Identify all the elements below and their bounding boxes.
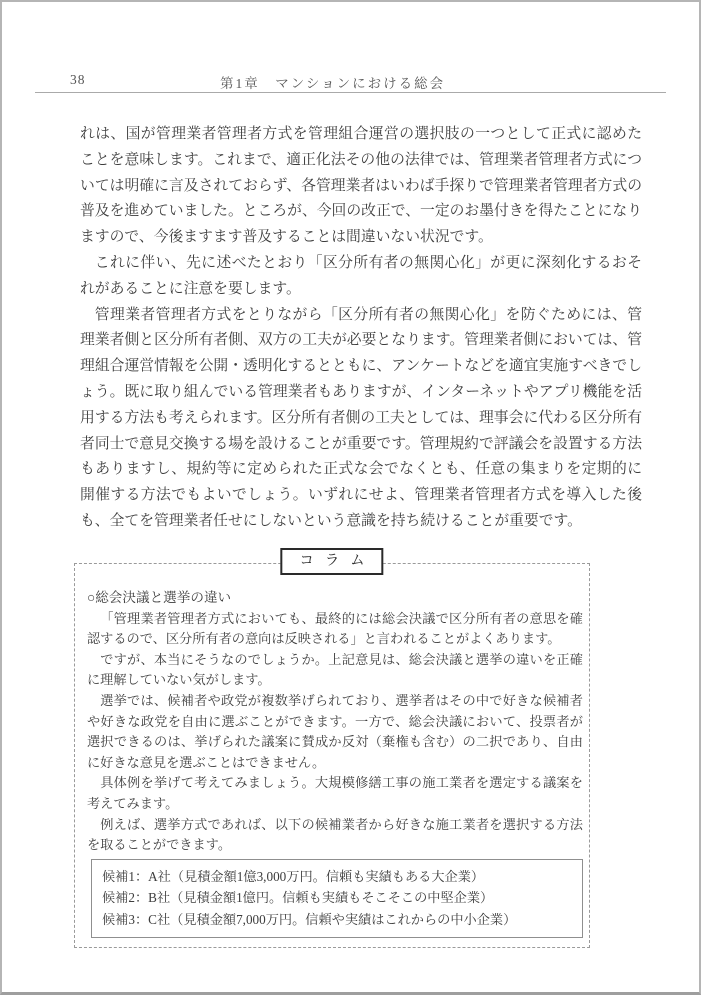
- body-paragraph: 管理業者管理者方式をとりながら「区分所有者の無関心化」を防ぐためには、管理業者側…: [80, 303, 642, 535]
- header-rule: [35, 92, 666, 93]
- column-paragraph: 例えば、選挙方式であれば、以下の候補業者から好きな施工業者を選択する方法を取るこ…: [87, 815, 583, 856]
- candidate-item: 候補2：B社（見積金額1億円。信頼も実績もそこそこの中堅企業）: [102, 887, 572, 909]
- body-text: れは、国が管理業者管理者方式を管理組合運営の選択肢の一つとして正式に認めたことを…: [80, 122, 642, 535]
- chapter-title: 第1章 マンションにおける総会: [220, 72, 445, 92]
- candidate-item: 候補1：A社（見積金額1億3,000万円。信頼も実績もある大企業）: [102, 866, 572, 888]
- book-page: 38 第1章 マンションにおける総会 れは、国が管理業者管理者方式を管理組合運営…: [0, 0, 701, 995]
- candidate-item: 候補3：C社（見積金額7,000万円。信頼や実績はこれからの中小企業）: [102, 909, 572, 931]
- column-content: ○総会決議と選挙の違い 「管理業者管理者方式においても、最終的には総会決議で区分…: [87, 588, 583, 938]
- candidate-box: 候補1：A社（見積金額1億3,000万円。信頼も実績もある大企業） 候補2：B社…: [91, 859, 583, 939]
- body-paragraph: これに伴い、先に述べたとおり「区分所有者の無関心化」が更に深刻化するおそれがある…: [80, 251, 642, 303]
- page-number: 38: [70, 72, 86, 88]
- column-box: コラム ○総会決議と選挙の違い 「管理業者管理者方式においても、最終的には総会決…: [74, 563, 590, 948]
- column-paragraph: 具体例を挙げて考えてみましょう。大規模修繕工事の施工業者を選定する議案を考えてみ…: [87, 773, 583, 814]
- column-heading: ○総会決議と選挙の違い: [87, 588, 583, 609]
- column-paragraph: ですが、本当にそうなのでしょうか。上記意見は、総会決議と選挙の違いを正確に理解し…: [87, 650, 583, 691]
- column-label: コラム: [280, 548, 383, 575]
- column-paragraph: 「管理業者管理者方式においても、最終的には総会決議で区分所有者の意思を確認するの…: [87, 609, 583, 650]
- column-paragraph: 選挙では、候補者や政党が複数挙げられており、選挙者はその中で好きな候補者や好きな…: [87, 691, 583, 773]
- body-paragraph: れは、国が管理業者管理者方式を管理組合運営の選択肢の一つとして正式に認めたことを…: [80, 122, 642, 251]
